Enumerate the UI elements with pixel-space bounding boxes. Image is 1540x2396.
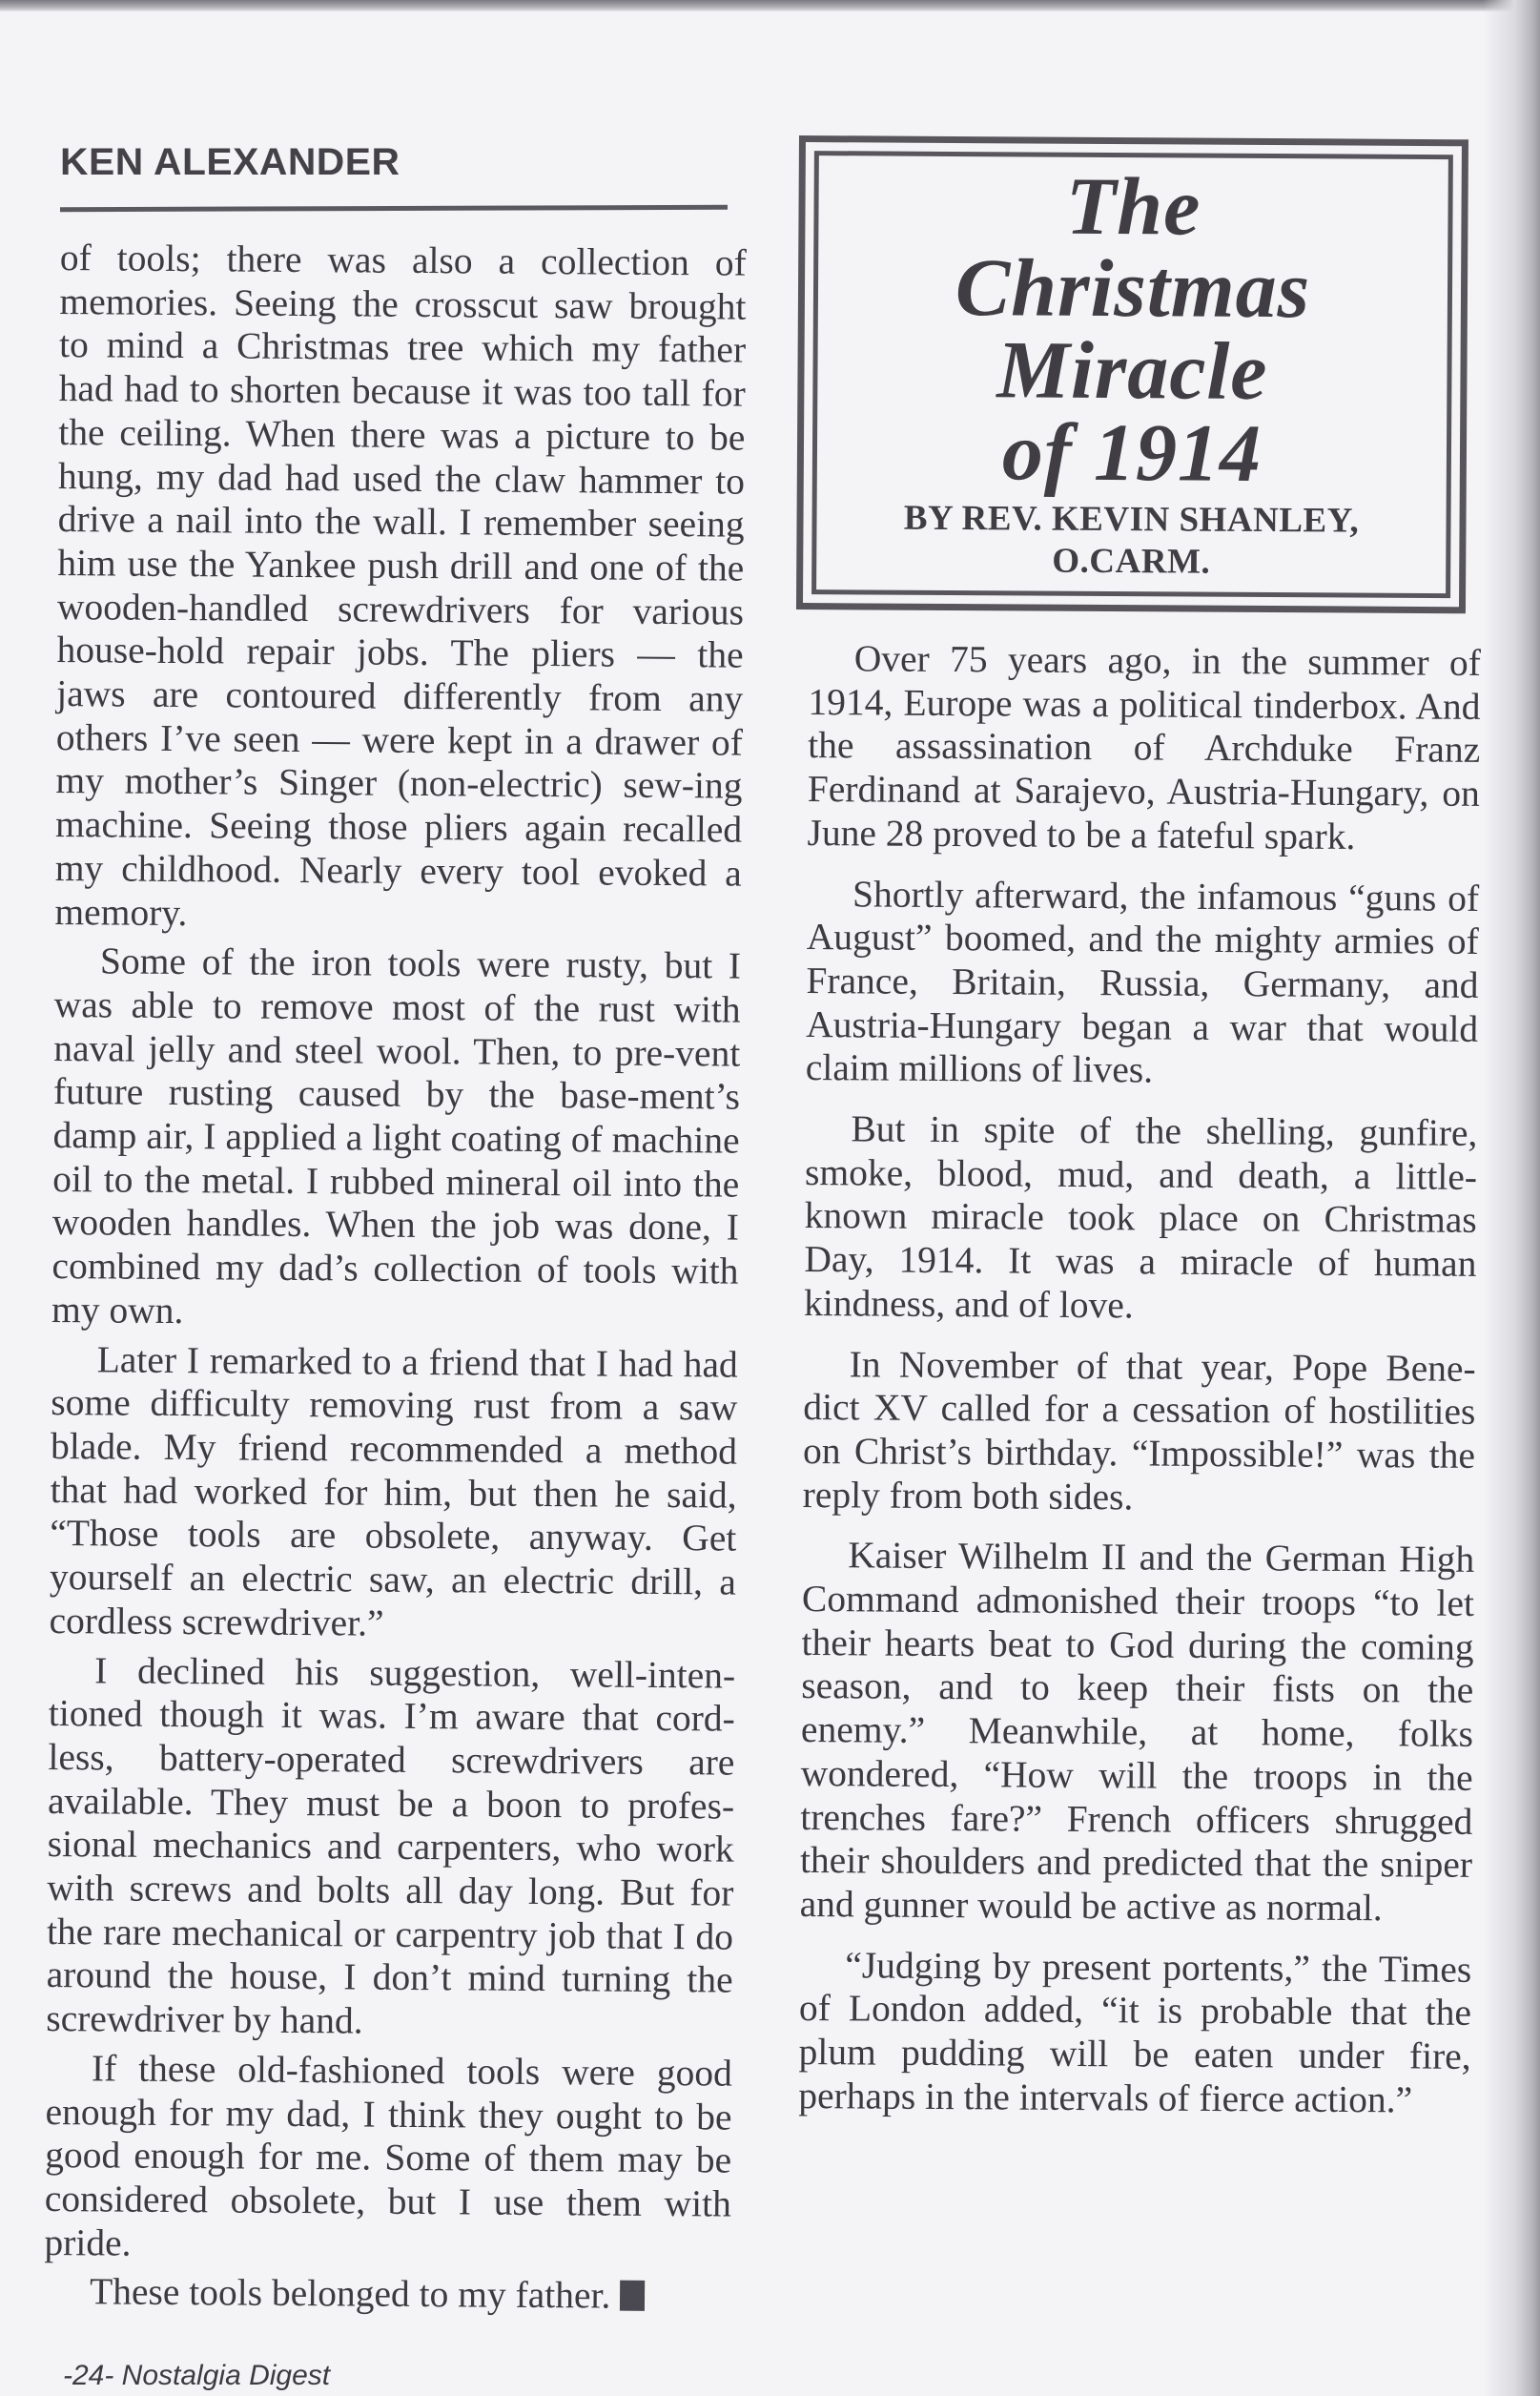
byline-order: O.CARM. xyxy=(903,540,1359,585)
title-line: The xyxy=(1066,165,1201,248)
article-paragraph: of tools; there was also a collection of… xyxy=(54,237,747,940)
right-article-column: Over 75 years ago, in the summer of 1914… xyxy=(798,637,1481,2139)
page-footer: -24- Nostalgia Digest xyxy=(63,2360,330,2392)
title-line: of 1914 xyxy=(1002,410,1263,494)
magazine-page: KEN ALEXANDER of tools; there was also a… xyxy=(0,0,1540,2396)
article-paragraph: But in spite of the shelling, gunfire, s… xyxy=(804,1107,1478,1330)
article-closing-line: These tools belonged to my father. xyxy=(44,2270,730,2319)
title-line: Christmas xyxy=(955,246,1311,330)
author-divider-rule xyxy=(60,205,728,212)
article-paragraph: Kaiser Wilhelm II and the German High Co… xyxy=(800,1534,1475,1931)
article-title-box: The Christmas Miracle of 1914 BY REV. KE… xyxy=(796,135,1468,613)
left-article-column: of tools; there was also a collection of… xyxy=(44,237,747,2325)
article-paragraph: Shortly afterward, the infamous “guns of… xyxy=(806,873,1480,1095)
article-paragraph: Later I remarked to a friend that I had … xyxy=(49,1338,737,1649)
article-paragraph: If these old-fashioned tools were good e… xyxy=(44,2047,732,2270)
author-heading: KEN ALEXANDER xyxy=(60,141,400,184)
article-paragraph: I declined his suggestion, well-inten-ti… xyxy=(46,1648,735,2046)
byline-name: BY REV. KEVIN SHANLEY, xyxy=(904,498,1360,543)
page-fold-shadow xyxy=(1483,0,1540,2396)
byline: BY REV. KEVIN SHANLEY, O.CARM. xyxy=(903,498,1359,585)
end-of-article-square-icon xyxy=(620,2281,645,2311)
closing-sentence: These tools belonged to my father. xyxy=(90,2271,611,2317)
title-line: Miracle xyxy=(996,328,1268,412)
article-paragraph: Over 75 years ago, in the summer of 1914… xyxy=(807,637,1481,859)
article-paragraph: Some of the iron tools were rusty, but I… xyxy=(51,940,741,1337)
article-paragraph: “Judging by present portents,” the Times… xyxy=(798,1944,1471,2123)
title-box-inner-frame: The Christmas Miracle of 1914 BY REV. KE… xyxy=(811,151,1453,598)
article-paragraph: In November of that year, Pope Bene-dict… xyxy=(803,1343,1476,1522)
